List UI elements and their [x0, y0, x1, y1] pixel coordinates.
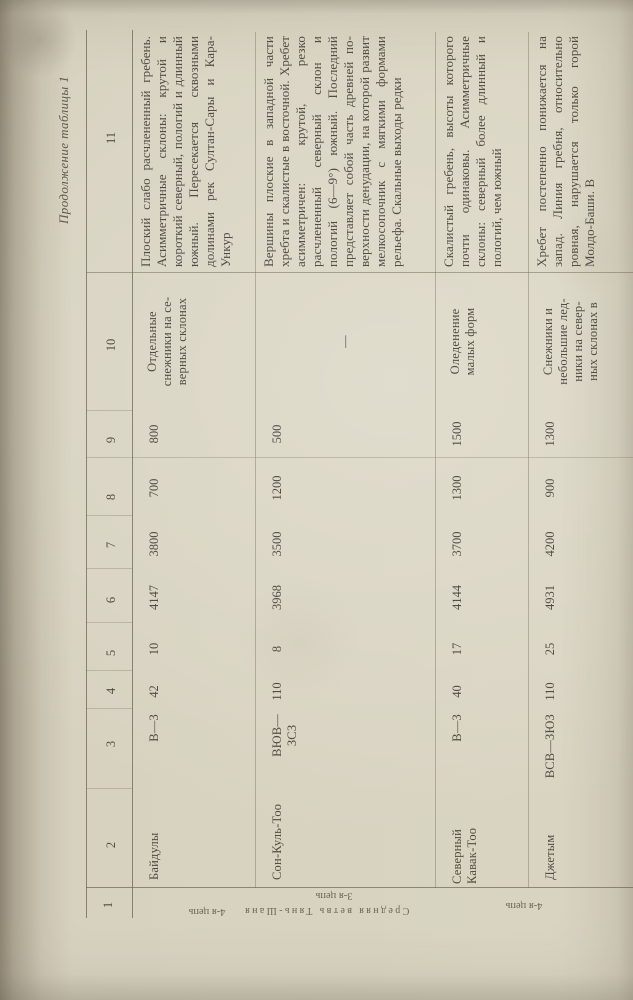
cell-col7: 3500 — [256, 518, 435, 570]
column-header-3: 3 — [89, 732, 133, 756]
cell-col8: 1200 — [256, 458, 435, 518]
cell-col6: 3968 — [256, 570, 435, 625]
cell-col8: 900 — [529, 458, 633, 518]
cell-description: Хребет постепенно понижает­ся на запад. … — [529, 30, 633, 273]
cell-col6: 4144 — [436, 570, 528, 625]
column-header-2: 2 — [89, 833, 133, 857]
group-label-chain-3: 3-я цепь — [309, 889, 359, 902]
cell-col7: 3700 — [436, 518, 528, 570]
scanned-book-page: Продолжение таблицы 1 2 3 4 5 6 7 8 9 10… — [0, 0, 633, 1000]
group-label-branch: Средняя ветвь Тянь-Шаня — [236, 903, 416, 919]
cell-ridge-name: Джетым — [529, 790, 633, 888]
cell-col6: 4147 — [133, 570, 255, 625]
cell-ridge-name: Сон-Куль-Тоо — [256, 790, 435, 888]
cell-col8: 700 — [133, 458, 255, 518]
cell-col9: 800 — [133, 410, 255, 458]
cell-description: Плоский слабо расчлененный гребень. Асим… — [133, 30, 255, 273]
cell-ridge-name: Северный Кавак-Тоо — [436, 790, 528, 888]
column-header-9: 9 — [89, 428, 133, 452]
column-header-10: 10 — [89, 333, 133, 357]
cell-col4: 110 — [529, 673, 633, 710]
table-row-son-kul-too: Сон-Куль-Тоо ВЮВ— ЗСЗ 110 8 3968 3500 12… — [256, 30, 435, 888]
cell-glaciation: Снежники и небольшие лед- ники на север-… — [529, 273, 633, 410]
table-continuation-caption: Продолжение таблицы 1 — [56, 28, 83, 224]
group-label-chain-4-first: 4-я цепь — [183, 905, 231, 919]
column-header-8: 8 — [89, 485, 133, 509]
cell-direction: ВСВ—ЗЮЗ — [529, 710, 633, 790]
table-row-severny-kavak-too: Северный Кавак-Тоо В—З 40 17 4144 3700 1… — [436, 30, 528, 888]
cell-col5: 10 — [133, 625, 255, 673]
cell-col9: 500 — [256, 410, 435, 458]
table-header-strip: 2 3 4 5 6 7 8 9 10 11 — [89, 30, 133, 888]
cell-col4: 110 — [256, 673, 435, 710]
cell-glaciation: Отдельные снежники на се- верных склонах — [133, 273, 255, 410]
cell-glaciation: — — [256, 273, 435, 410]
cell-col5: 17 — [436, 625, 528, 673]
cell-col4: 42 — [133, 673, 255, 710]
cell-direction: В—З — [436, 710, 528, 790]
cell-col4: 40 — [436, 673, 528, 710]
table-row-baydudy: Байдулы В—З 42 10 4147 3800 700 800 Отде… — [133, 30, 255, 888]
cell-col9: 1300 — [529, 410, 633, 458]
cell-direction: В—З — [133, 710, 255, 790]
cell-col9: 1500 — [436, 410, 528, 458]
cell-col7: 3800 — [133, 518, 255, 570]
cell-col5: 8 — [256, 625, 435, 673]
cell-description: Вершины плоские в западной части хребта … — [256, 30, 435, 273]
table-rule-outer-vertical — [86, 30, 87, 918]
column-header-7: 7 — [89, 533, 133, 557]
cell-col6: 4931 — [529, 570, 633, 625]
cell-ridge-name: Байдулы — [133, 790, 255, 888]
cell-col8: 1300 — [436, 458, 528, 518]
column-header-4: 4 — [89, 679, 133, 703]
cell-col5: 25 — [529, 625, 633, 673]
column-header-6: 6 — [89, 588, 133, 612]
cell-direction: ВЮВ— ЗСЗ — [256, 710, 435, 790]
column-header-5: 5 — [89, 641, 133, 665]
cell-glaciation: Оледенение малых форм — [436, 273, 528, 410]
cell-description: Скалистый гребень, высоты ко­торого почт… — [436, 30, 528, 273]
cell-col7: 4200 — [529, 518, 633, 570]
column-header-1: 1 — [97, 889, 119, 921]
column-header-11: 11 — [89, 126, 133, 150]
group-label-chain-4-second: 4-я цепь — [498, 899, 550, 913]
table-row-dzhetym: Джетым ВСВ—ЗЮЗ 110 25 4931 4200 900 1300… — [529, 30, 633, 888]
